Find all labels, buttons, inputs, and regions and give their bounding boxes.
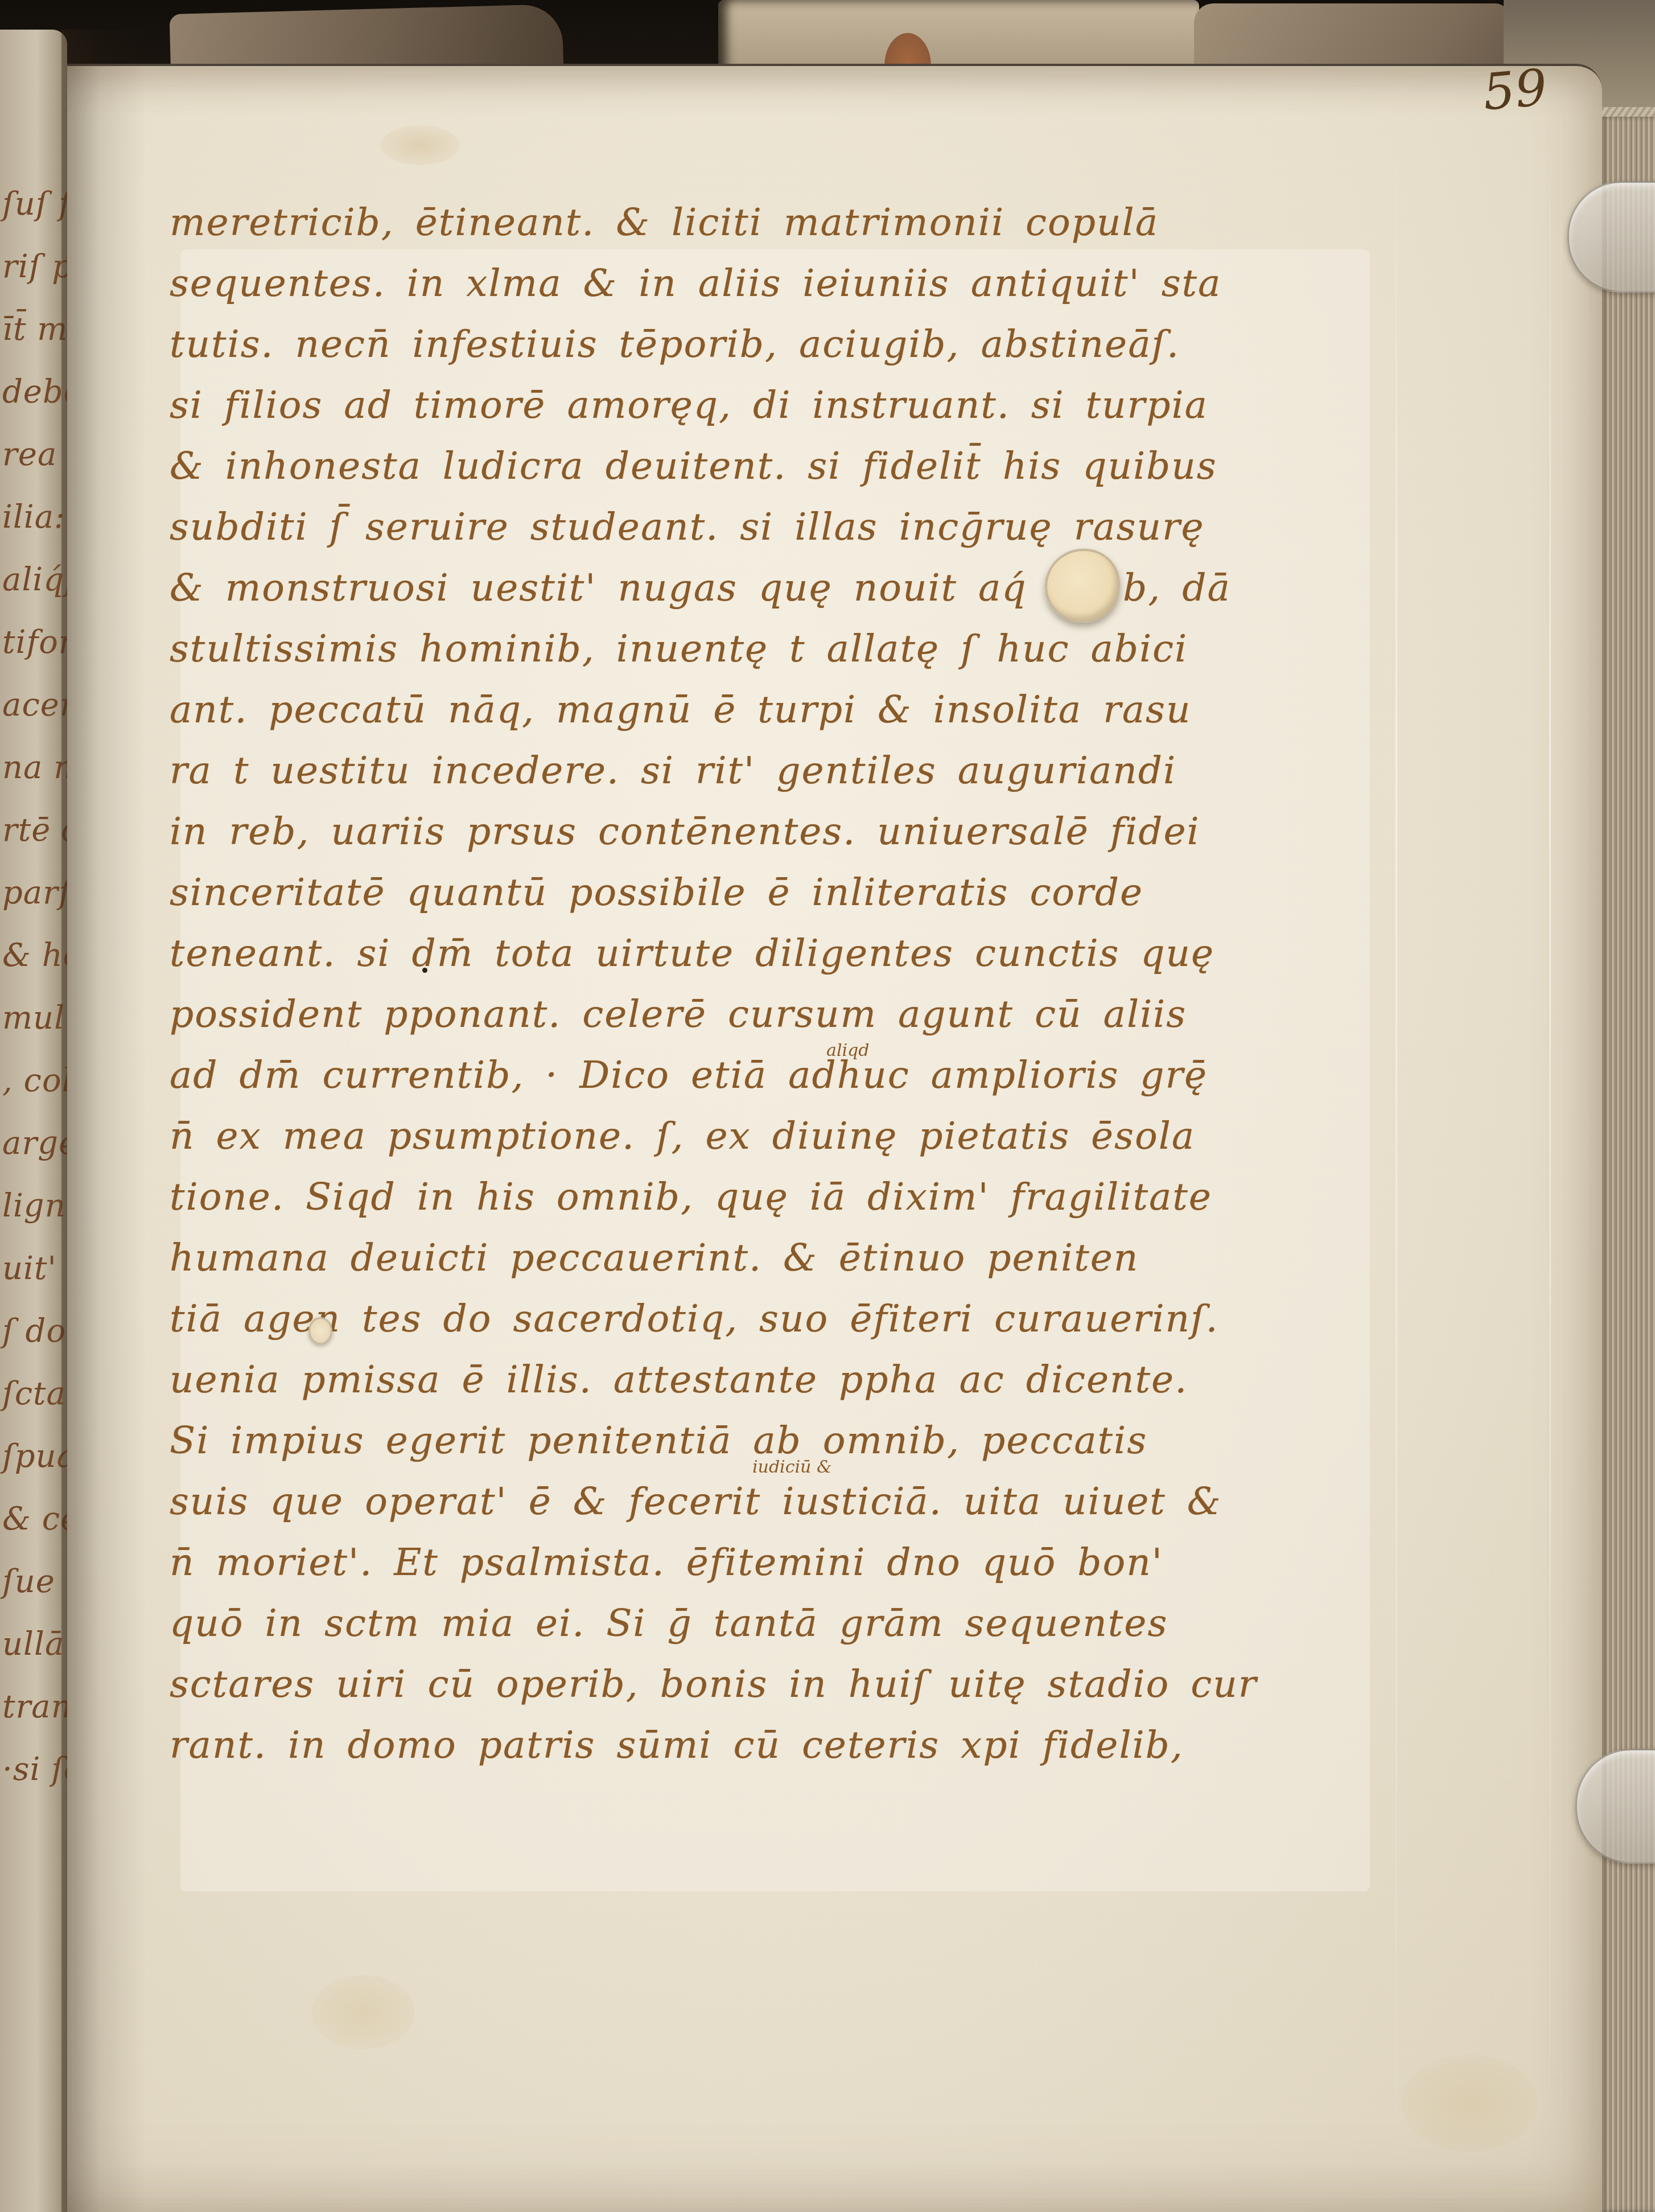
- text-line-part: si filios ad timorē amoręq, di instruant…: [170, 383, 1208, 427]
- parchment-hole-small: [308, 1317, 332, 1345]
- text-line-17: tione. Siqd in his omnib, quę iā dixim' …: [170, 1175, 1212, 1219]
- text-line-part: stultissimis hominib, inuentę t allatę ſ…: [170, 627, 1188, 671]
- text-line-part: ra t uestitu incedere. si rit' gentiles …: [170, 749, 1176, 792]
- facing-leaf-text-fragment: ilia: qdo: [2, 499, 67, 536]
- text-line-7: & monstruosi uestit' nugas quę nouit aq́…: [170, 566, 1027, 610]
- text-line-25: sctares uiri cū operib, bonis in huiſ ui…: [170, 1662, 1257, 1706]
- text-line-part: rant. in domo patris sūmi cū ceteris xpi…: [170, 1723, 1184, 1767]
- facing-leaf-text-fragment: & celeſti: [2, 1500, 67, 1537]
- text-line-part: tutis. necn̄ infestiuis tēporib, aciugib…: [170, 322, 1180, 366]
- gutter-shadow: [61, 30, 147, 2212]
- text-line-5: & inhonesta ludicra deuitent. si fidelit…: [170, 444, 1217, 488]
- text-line-11: in reb, uariis prsus contēnentes. uniuer…: [170, 809, 1200, 853]
- text-line-15: ad dm̄ currentib, · Dico etiā adhuc ampl…: [170, 1053, 1208, 1097]
- facing-leaf-text-fragment: uit' nec: [2, 1250, 67, 1287]
- facing-leaf-text-fragment: rea t ar: [2, 436, 67, 473]
- text-line-20: uenia pmissa ē illis. attestante ppha ac…: [170, 1358, 1188, 1401]
- text-line-part-after-hole: b, dā: [1123, 566, 1231, 610]
- text-line-9: ant. peccatū nāq, magnū ē turpi & insoli…: [170, 688, 1191, 731]
- text-line-part: quō in sctm mia ei. Si ḡ tantā grām sequ…: [170, 1601, 1168, 1645]
- text-line-2: sequentes. in xlma & in aliis ieiuniis a…: [170, 261, 1221, 305]
- facing-leaf-text-fragment: ſuſ ſit ſc: [2, 186, 67, 223]
- text-line-part: meretricib, ētineant. & liciti matrimoni…: [170, 200, 1159, 244]
- text-line-part: teneant. si dm̄ tota uirtute diligentes …: [170, 931, 1215, 975]
- manuscript-photo: 59 meretricib, ētineant. & liciti matrim…: [0, 0, 1655, 2212]
- facing-leaf-text-fragment: rtē de: [2, 812, 67, 849]
- interlinear-gloss: iudiciū &: [752, 1457, 832, 1477]
- text-line-part: n̄ ex mea psumptione. ſ, ex diuinę pieta…: [170, 1114, 1195, 1158]
- facing-leaf-text-fragment: ſ domu: [2, 1313, 67, 1350]
- text-line-part: sinceritatē quantū possibile ē inliterat…: [170, 870, 1143, 914]
- text-line-part: tione. Siqd in his omnib, quę iā dixim' …: [170, 1175, 1212, 1219]
- facing-leaf-text-fragment: debent.: [2, 373, 67, 410]
- facing-leaf-text-fragment: ·si ſe a: [2, 1751, 67, 1788]
- text-line-part: possident pponant. celerē cursum agunt c…: [170, 992, 1187, 1036]
- text-line-part: sctares uiri cū operib, bonis in huiſ ui…: [170, 1662, 1257, 1706]
- parchment-crease: [1549, 137, 1551, 2186]
- parchment-stain: [1401, 2055, 1538, 2152]
- facing-leaf-text-fragment: ſue mo: [2, 1563, 67, 1600]
- text-line-part: suis que operat' ē & fecerit iusticiā. u…: [170, 1479, 1222, 1523]
- parchment-crease: [1395, 137, 1397, 2186]
- facing-leaf-text-fragment: transgr: [2, 1688, 67, 1725]
- text-line-part: n̄ moriet'. Et psalmista. ēfitemini dno …: [170, 1540, 1163, 1584]
- facing-leaf-text-fragment: tiformi: [2, 624, 67, 661]
- text-block: meretricib, ētineant. & liciti matrimoni…: [170, 200, 1336, 1794]
- text-line-16: n̄ ex mea psumptione. ſ, ex diuinę pieta…: [170, 1114, 1195, 1158]
- facing-leaf-text-fragment: aliq́ſ ſt: [2, 561, 67, 598]
- facing-leaf-text-fragment: multe ſ: [2, 1000, 67, 1037]
- text-line-4: si filios ad timorē amoręq, di instruant…: [170, 383, 1208, 427]
- text-line-part: sequentes. in xlma & in aliis ieiuniis a…: [170, 261, 1221, 305]
- text-line-22: suis que operat' ē & fecerit iusticiā. u…: [170, 1479, 1222, 1523]
- facing-leaf-text-fragment: ſpualib,: [2, 1438, 67, 1475]
- text-line-14: possident pponant. celerē cursum agunt c…: [170, 992, 1187, 1036]
- text-line-23: n̄ moriet'. Et psalmista. ēfitemini dno …: [170, 1540, 1163, 1584]
- text-line-part: in reb, uariis prsus contēnentes. uniuer…: [170, 809, 1200, 853]
- facing-leaf-text-fragment: riſ poſt: [2, 248, 67, 285]
- text-line-12: sinceritatē quantū possibile ē inliterat…: [170, 870, 1143, 914]
- text-line-13: teneant. si dm̄ tota uirtute diligentes …: [170, 931, 1215, 975]
- text-line-21: Si impius egerit penitentiā ab omnib, pe…: [170, 1419, 1147, 1462]
- text-line-3: tutis. necn̄ infestiuis tēporib, aciugib…: [170, 322, 1180, 366]
- text-line-part: ant. peccatū nāq, magnū ē turpi & insoli…: [170, 688, 1191, 731]
- book-fore-edge: [1600, 117, 1655, 2212]
- facing-leaf-text-fragment: parſ di: [2, 874, 67, 911]
- facing-leaf-text-fragment: na mno: [2, 749, 67, 786]
- parchment-stain: [380, 125, 460, 165]
- text-line-26: rant. in domo patris sūmi cū ceteris xpi…: [170, 1723, 1184, 1767]
- text-line-part: Si impius egerit penitentiā ab omnib, pe…: [170, 1419, 1147, 1462]
- text-line-part: uenia pmissa ē illis. attestante ppha ac…: [170, 1358, 1188, 1401]
- facing-leaf-text-fragment: acent c: [2, 686, 67, 723]
- text-line-24: quō in sctm mia ei. Si ḡ tantā grām sequ…: [170, 1601, 1168, 1645]
- folio-number: 59: [1481, 57, 1550, 121]
- text-line-1: meretricib, ētineant. & liciti matrimoni…: [170, 200, 1159, 244]
- text-line-8: stultissimis hominib, inuentę t allatę ſ…: [170, 627, 1188, 671]
- text-line-6: subditi ſ̄ seruire studeant. si illas in…: [170, 505, 1205, 549]
- facing-leaf-text-fragment: & hoc: [2, 937, 67, 974]
- text-line-part: humana deuicti peccauerint. & ētinuo pen…: [170, 1236, 1139, 1280]
- facing-leaf-text-fragment: ſctari u: [2, 1375, 67, 1412]
- facing-leaf-text-fragment: argenti: [2, 1125, 67, 1162]
- text-line-10: ra t uestitu incedere. si rit' gentiles …: [170, 749, 1176, 792]
- facing-leaf-text-fragment: ullā m: [2, 1626, 67, 1663]
- text-line-part: & inhonesta ludicra deuitent. si fidelit…: [170, 444, 1217, 488]
- text-line-part: subditi ſ̄ seruire studeant. si illas in…: [170, 505, 1205, 549]
- parchment-hole: [1045, 549, 1120, 623]
- text-line-18: humana deuicti peccauerint. & ētinuo pen…: [170, 1236, 1139, 1280]
- text-line-part: & monstruosi uestit' nugas quę nouit aq́: [170, 566, 1027, 610]
- facing-leaf-edge: ſuſ ſit ſcriſ poſtīt̄ mudebent.rea t ari…: [0, 30, 67, 2212]
- text-line-part: ad dm̄ currentib, · Dico etiā adhuc ampl…: [170, 1053, 1208, 1097]
- parchment-stain: [312, 1975, 414, 2049]
- interlinear-gloss: aliqd: [826, 1041, 869, 1060]
- facing-leaf-text-fragment: lignea: [2, 1187, 67, 1224]
- facing-leaf-text-fragment: , colligi: [2, 1062, 67, 1099]
- facing-leaf-text-fragment: īt̄ mu: [2, 311, 67, 348]
